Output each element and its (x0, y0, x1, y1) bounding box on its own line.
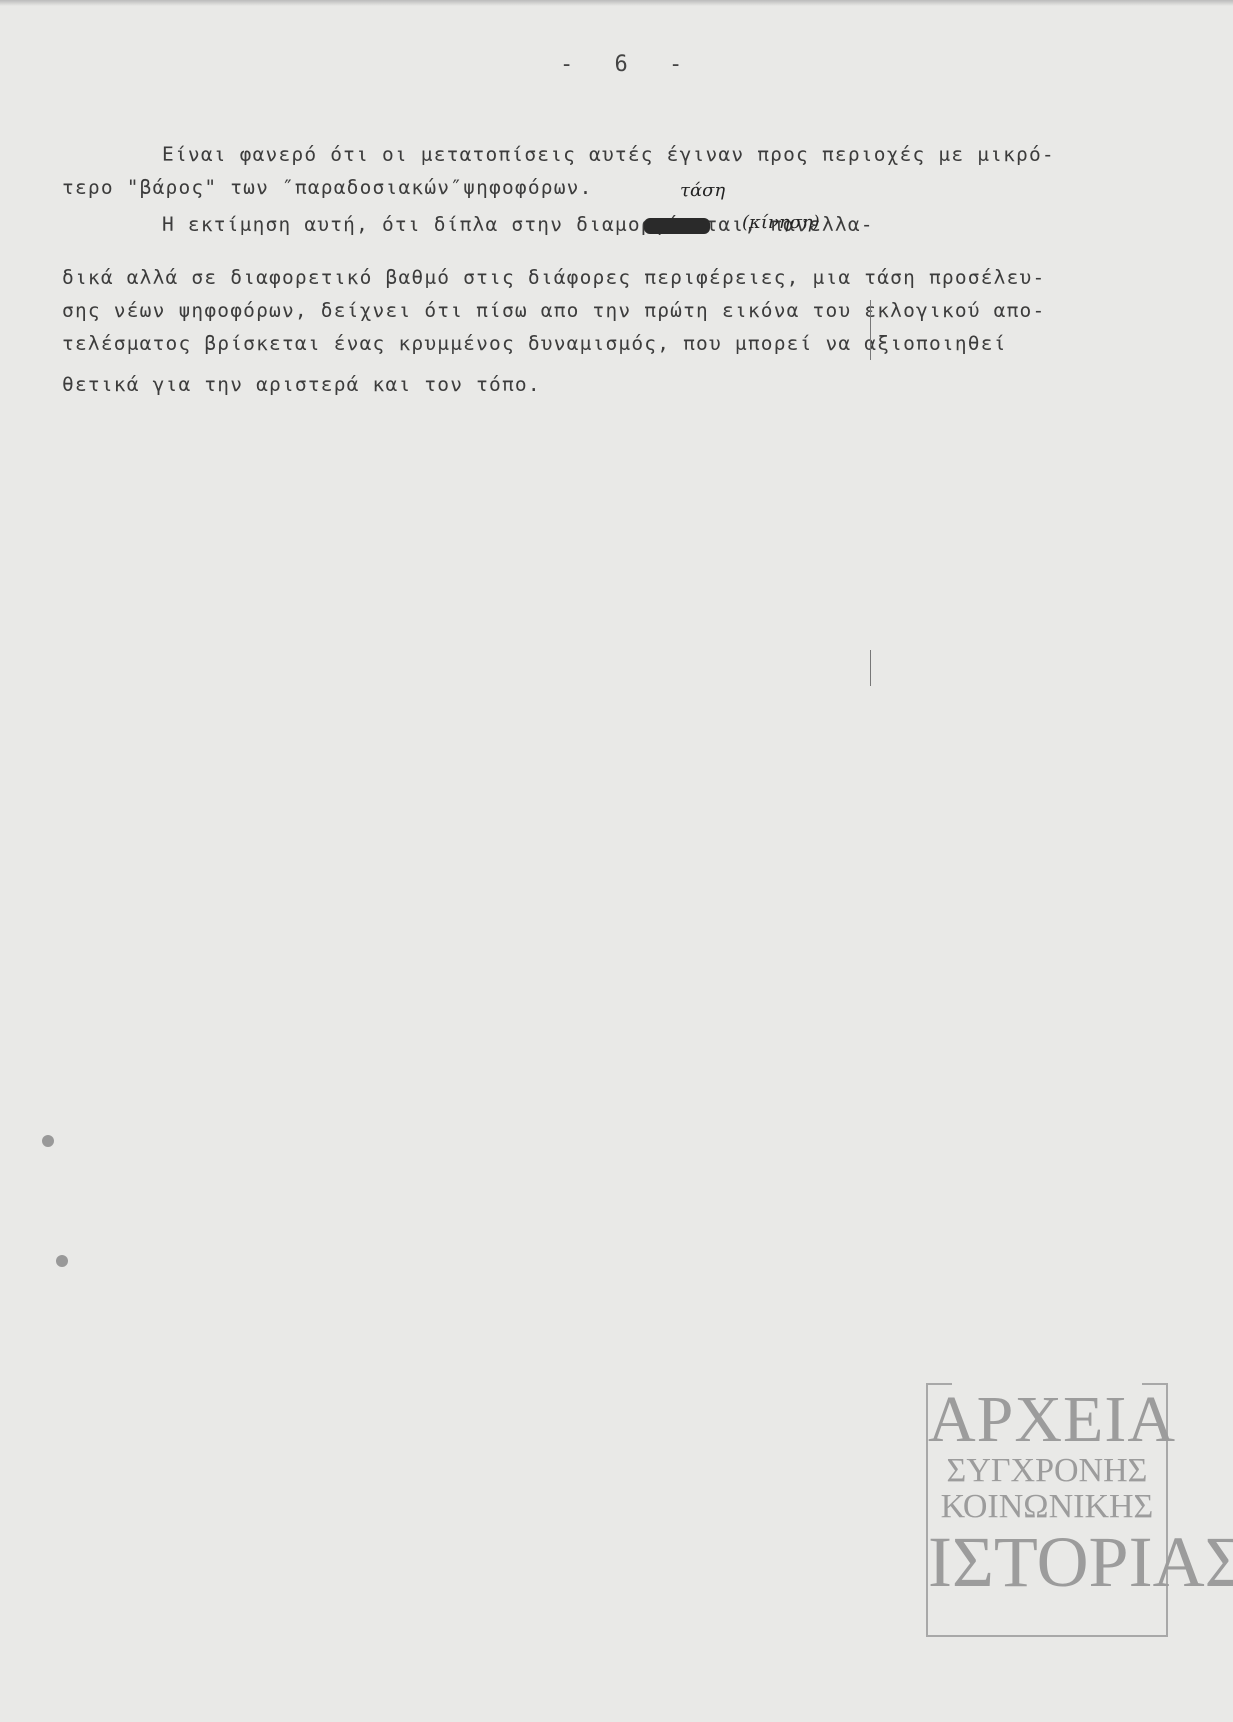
paragraph-line-7: θετικά για την αριστερά και τον τόπο. (62, 373, 541, 396)
handwritten-annotation-1: τάση (680, 180, 725, 201)
scan-speck (42, 1135, 54, 1147)
crossed-out-word (644, 218, 710, 234)
page-number: - 6 - (560, 52, 696, 77)
paragraph-line-4: δικά αλλά σε διαφορετικό βαθμό στις διάφ… (62, 266, 1045, 289)
stamp-line-2: ΣΥΓΧΡΟΝΗΣ (928, 1453, 1166, 1489)
archive-stamp: ΑΡΧΕΙΑ ΣΥΓΧΡΟΝΗΣ ΚΟΙΝΩΝΙΚΗΣ ΙΣΤΟΡΙΑΣ (926, 1383, 1168, 1637)
handwritten-annotation-2: (κίνηση) (742, 212, 820, 233)
paragraph-line-2: τερο "βάρος" των ″παραδοσιακών″ψηφοφόρων… (62, 176, 593, 199)
stamp-line-3: ΚΟΙΝΩΝΙΚΗΣ (928, 1489, 1166, 1525)
paragraph-line-1: Είναι φανερό ότι οι μετατοπίσεις αυτές έ… (162, 143, 1055, 166)
margin-mark (870, 650, 871, 686)
scan-edge (0, 0, 1233, 6)
stamp-line-4: ΙΣΤΟΡΙΑΣ (928, 1525, 1166, 1599)
scan-speck (56, 1255, 68, 1267)
stamp-line-1: ΑΡΧΕΙΑ (928, 1387, 1166, 1453)
margin-mark (870, 300, 871, 360)
paragraph-line-5: σης νέων ψηφοφόρων, δείχνει ότι πίσω απο… (62, 299, 1045, 322)
paragraph-line-6: τελέσματος βρίσκεται ένας κρυμμένος δυνα… (62, 332, 1007, 355)
